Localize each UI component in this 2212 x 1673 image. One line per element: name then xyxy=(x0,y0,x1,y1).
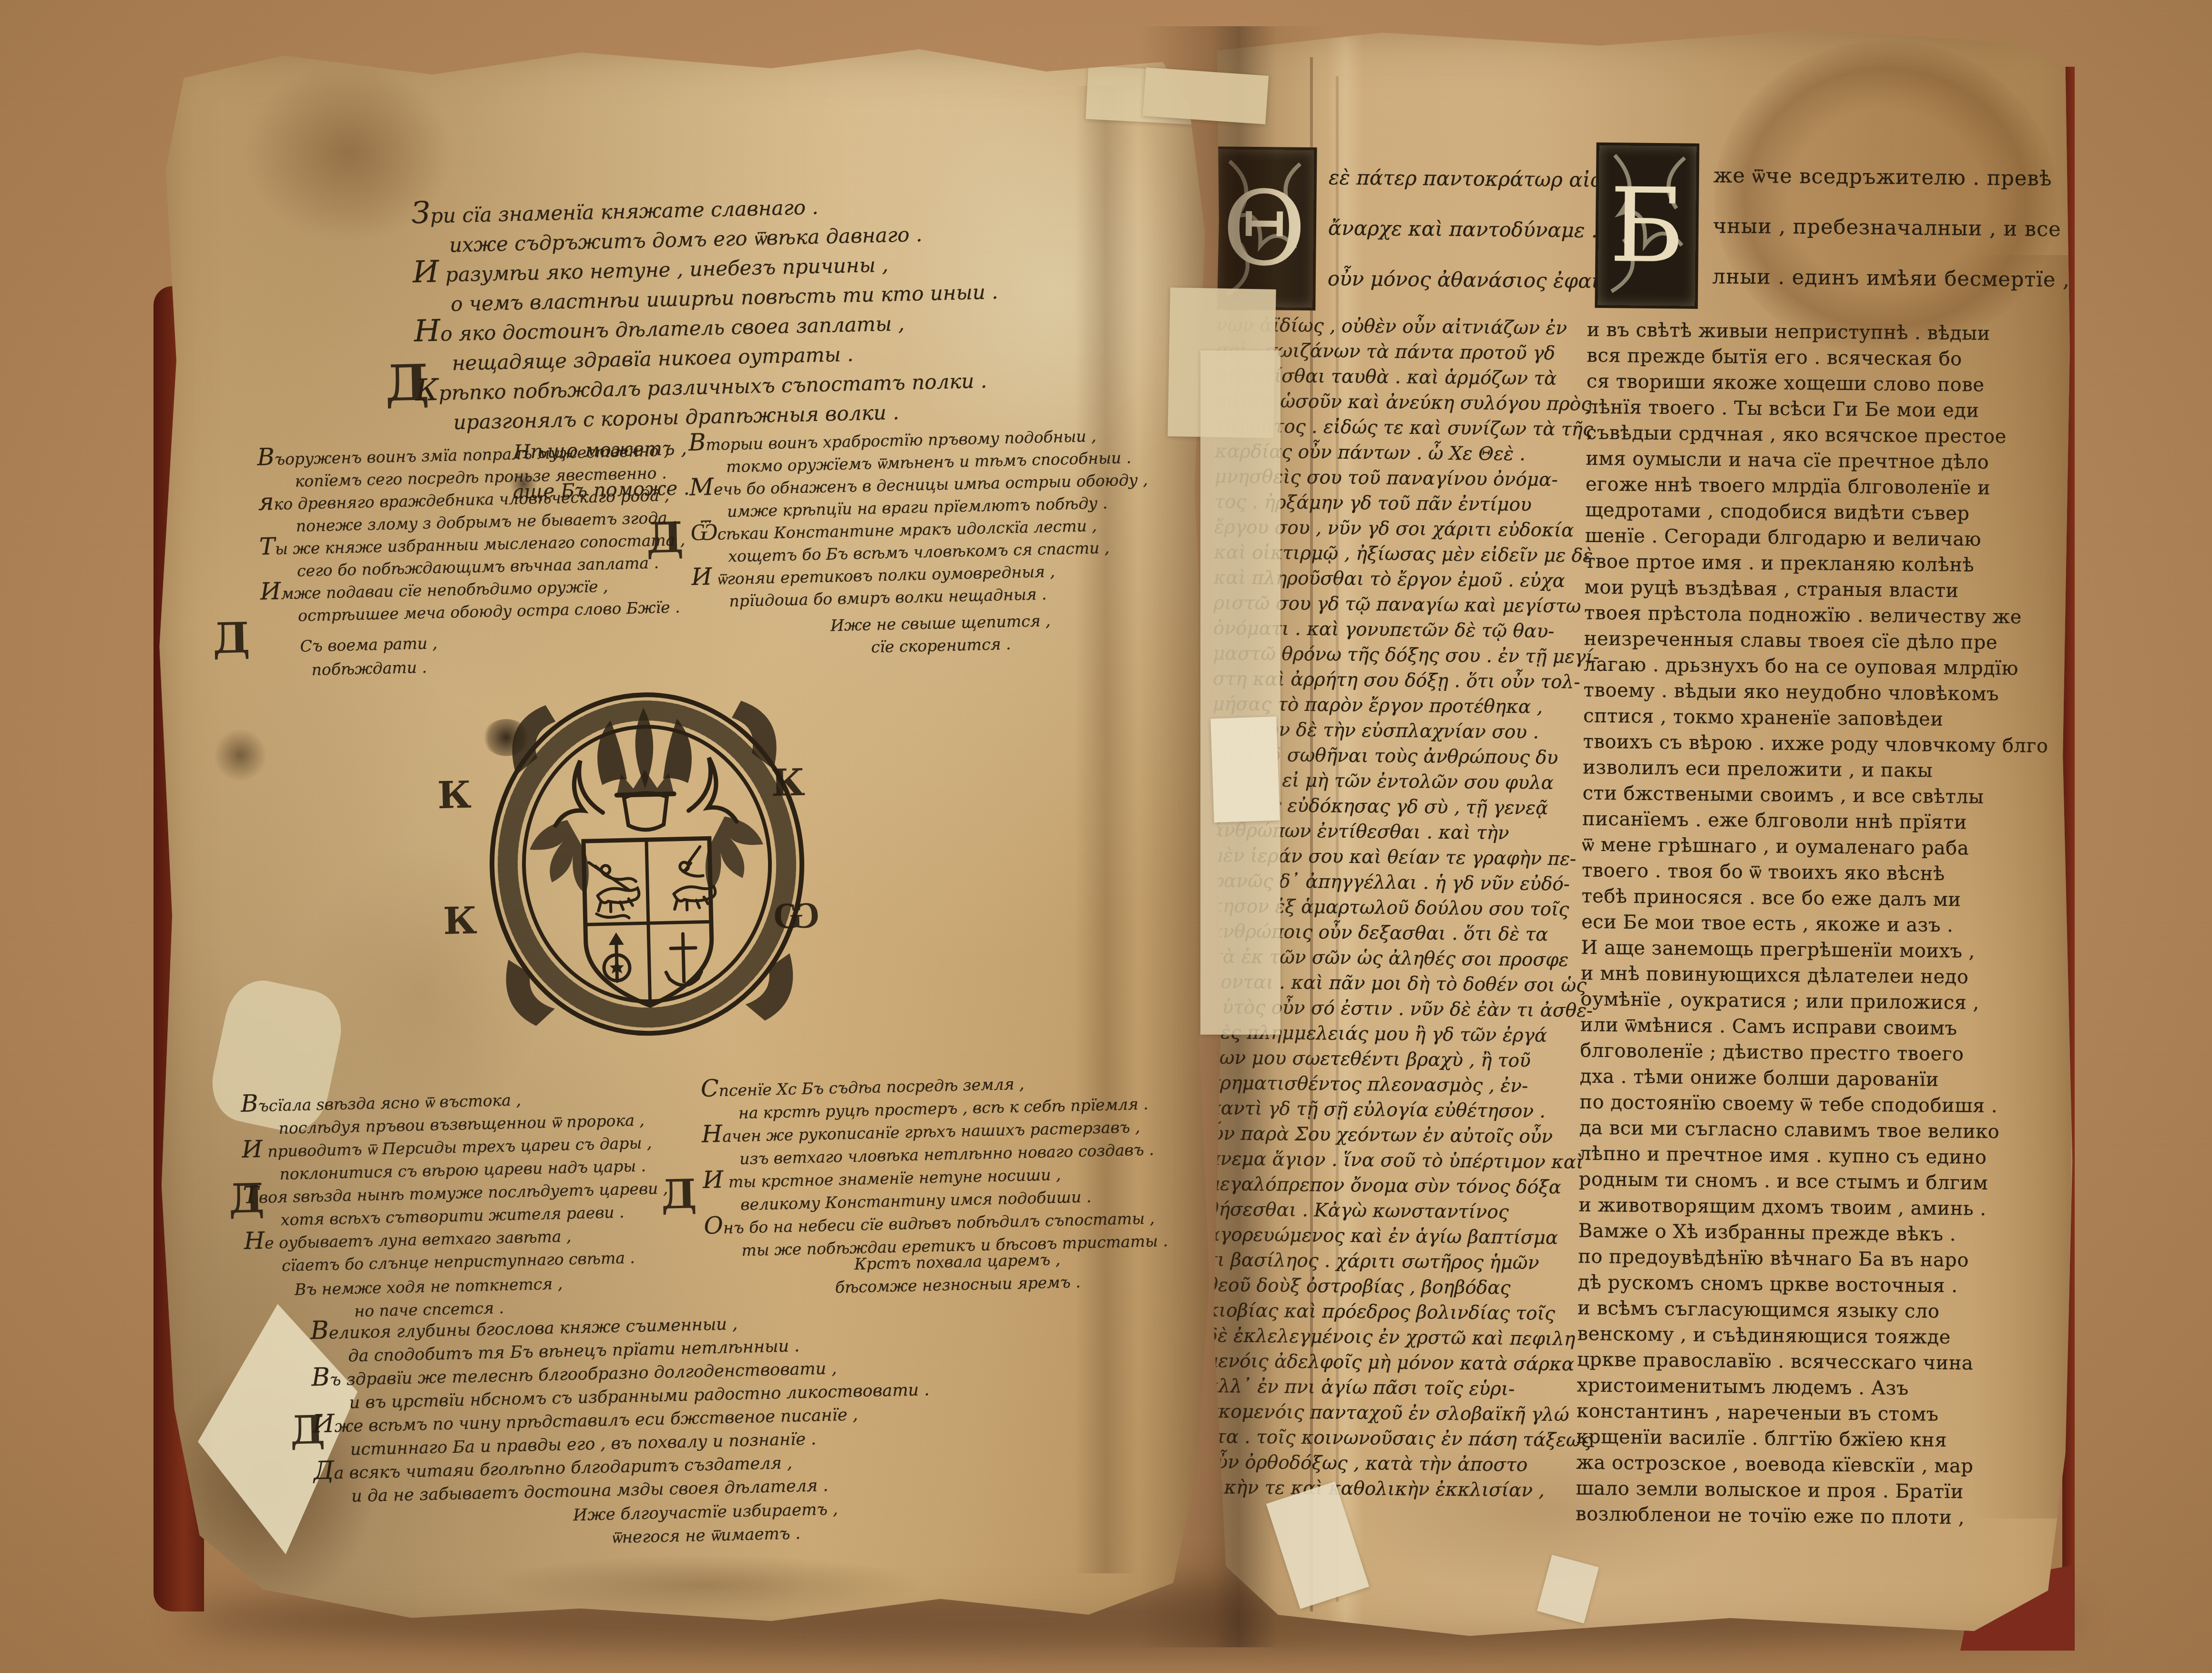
text-line: неизреченныя славы твоея сїе дѣло пре xyxy=(1584,626,2051,656)
text-line: πάντα ὡσοῦν καὶ ἀνεύκη συλόγου πρὸς xyxy=(1215,388,1606,417)
couplet-2-right: Иже не свыше щепится ,сїе скоренится . xyxy=(783,608,1098,660)
text-line: ся твориши якоже хощеши слово пове xyxy=(1587,369,2054,399)
text-line: τάγματος . εἰδώς τε καὶ συνίζων τὰ τῆς xyxy=(1215,413,1606,442)
text-line: сптися , токмо храненїе заповѣдеи xyxy=(1583,703,2050,733)
text-line: χρηματισθέντος πλεονασμὸς , ἐν- xyxy=(1208,1070,1599,1099)
text-line: ριστῶ σου γδ τῷ παναγίω καὶ μεγίστω xyxy=(1213,590,1604,619)
text-line: κιοβίας καὶ πρόεδρος βολινδίας τοῖς xyxy=(1207,1298,1598,1327)
text-line: щедротами , сподобися видѣти съвер xyxy=(1585,497,2052,527)
text-line: константинъ , нареченыи въ стомъ xyxy=(1577,1398,2044,1428)
text-line: лныи . единъ имѣяи бесмертїе , xyxy=(1712,251,2046,305)
text-line: мои руцѣ въздѣвая , страныя власти xyxy=(1584,575,2051,605)
scanned-book-spread: Зри сїа знаменїа княжате славнаго .ихже … xyxy=(0,0,2212,1673)
text-line: λικὴν τε καὶ καθολικὴν ἐκκλισίαν , xyxy=(1205,1475,1596,1504)
text-line: по достоянїю своему ѿ тебе сподобишя . xyxy=(1579,1089,2047,1119)
text-line: имя оумысли и нача сїе пречтное дѣло xyxy=(1586,446,2053,476)
text-line: νων ἀϊδίως , οὐθὲν οὖν αἰτνιάζων ἐν xyxy=(1216,312,1607,341)
text-line: и всѣмъ съгласующимся языку сло xyxy=(1577,1295,2045,1325)
text-line: И аще занемощь прегрѣшенїи моихъ , xyxy=(1581,935,2048,965)
text-line: лѣнїя твоего . Ты всѣси Ги Бе мои еди xyxy=(1586,394,2053,424)
text-line: твоего . твоя бо ѿ твоихъ яко вѣснѣ xyxy=(1582,858,2049,888)
text-line: шенїе . Сегоради блгодарю и величаю xyxy=(1585,523,2052,553)
text-line: оумѣнїе , оукратися ; или приложися , xyxy=(1580,986,2048,1016)
slavonic-column-intro: же ѿче вседръжителю . превѣчныи , пребез… xyxy=(1712,150,2047,305)
text-line: μεγαλόπρεπον ὄνομα σὺν τόνος δόξα xyxy=(1208,1171,1598,1201)
text-line: возлюбленои не точїю еже по плоти , xyxy=(1576,1501,2043,1531)
text-line: σὰ ἐκ τῶν σῶν ὡς ἀληθές σοι προσφε xyxy=(1210,944,1601,973)
text-line: ἐλπίζων δὲ τὴν εὐσπλαχνίαν σου . xyxy=(1212,717,1603,746)
paragraph-mark: Д xyxy=(646,516,684,559)
text-line: вся прежде бытїя его . всяческая бо xyxy=(1587,343,2054,373)
text-line: ἀνθρώποις οὖν δεξασθαι . ὅτι δὲ τα xyxy=(1210,919,1601,948)
text-line: εἶδα γδ σωθῆναι τοὺς ἀνθρώπους δυ xyxy=(1212,742,1603,771)
text-line: же ѿче вседръжителю . превѣ xyxy=(1713,150,2048,204)
emblem-letter: К xyxy=(437,777,472,815)
text-line: καρδίας οὖν πάντων . ὦ Χε Θεὲ . xyxy=(1215,439,1606,468)
text-line: κησον ἐξ ἁμαρτωλοῦ δούλου σου τοῖς xyxy=(1210,893,1601,923)
text-line: и въ свѣтѣ живыи неприступнѣ . вѣдыи xyxy=(1587,317,2054,347)
verse-stanza-3-left: Въсїала ѕвѣзда ясно ѿ въстока ,послѣдуя … xyxy=(241,1085,693,1278)
text-line: шало земли волыское и проя . Братїи xyxy=(1576,1476,2043,1506)
couplet-4: Иже блгоучастїе избираетъ ,ѿнегося не ѿи… xyxy=(524,1497,887,1551)
text-line: τι βασίληος . χάριτι σωτῆρος ἡμῶν xyxy=(1207,1247,1598,1276)
text-line: родным ти сномъ . и все стымъ и блгим xyxy=(1579,1167,2046,1197)
text-line: чныи , пребезначалныи , и все си xyxy=(1713,201,2047,255)
couplet-2-left: Съ воема рати ,побѣждати . xyxy=(235,630,503,684)
text-line: νὲς πλημμελειάς μου ἢ γδ τῶν ἐργά xyxy=(1209,1020,1600,1049)
text-line: по предоувѣдѣнїю вѣчнаго Ба въ наро xyxy=(1578,1244,2045,1274)
text-line: θεοῦ δοὺξ ὀστροβίας , βοηβόδας xyxy=(1207,1273,1598,1302)
text-line: παντὶ γδ τῇ σῇ εὐλογία εὐθέτησον . xyxy=(1208,1096,1599,1125)
text-line: или ѿмѣнися . Самъ исправи своимъ xyxy=(1580,1012,2048,1042)
text-line: писанїемъ . еже блговоли ннѣ прїяти xyxy=(1582,806,2049,836)
text-line: тебѣ приносяся . все бо еже далъ ми xyxy=(1581,883,2048,913)
right-page: Θ εὲ πάτερ παντοκράτωρ αἰώνιεἄναρχε καὶ … xyxy=(1208,26,2079,1647)
verse-stanza-2-right: Вторыи воинъ храбростїю пръвому подобныи… xyxy=(688,423,1159,613)
left-page-content: Зри сїа знаменїа княжате славнаго .ихже … xyxy=(157,31,1251,1642)
text-line: ττα . τοῖς κοινωνοῦσαις ἐν πάση τάξεως xyxy=(1205,1424,1596,1453)
text-line: καὶ πληροῦσθαι τὸ ἔργον ἐμοῦ . εὐχα xyxy=(1214,565,1605,594)
helmet-icon xyxy=(624,792,668,830)
emblem-letter: К xyxy=(770,764,805,802)
emblem-letter: К xyxy=(443,902,478,940)
couplet-3-right: Крстъ похвала царемъ ,бѣсомже незносныи … xyxy=(790,1247,1125,1300)
text-line: σοὶ . σωιζάνων τὰ πάντα προτοῦ γδ xyxy=(1216,338,1607,367)
text-line: еси Бе мои твое есть , якоже и азъ . xyxy=(1581,909,2048,939)
text-line: ρονται . καὶ πᾶν μοι δὴ τὸ δοθέν σοι ὡς xyxy=(1210,969,1601,998)
text-line: твоему . вѣдыи яко неудобно чловѣкомъ xyxy=(1583,677,2050,708)
text-line: μὲν ἱεράν σου καὶ θείαν τε γραφὴν πε- xyxy=(1211,843,1602,872)
woodcut-initial-buki: Б xyxy=(1598,145,1696,306)
text-line: μνησθεὶς σου τοῦ παναγίνου ὀνόμα- xyxy=(1215,464,1606,493)
woodcut-initial-theta: Θ xyxy=(1214,149,1314,308)
text-line: дѣ рускомъ сномъ цркве восточныя . xyxy=(1577,1270,2045,1300)
text-line: блговоленїе ; дѣиство престго твоего xyxy=(1580,1038,2047,1068)
text-line: Вамже о Хѣ избранны прежде вѣкъ . xyxy=(1578,1218,2046,1248)
text-line: καὶ οἰκτιρμῷ , ἠξίωσας μὲν εἰδεῖν με δὲ xyxy=(1214,540,1605,569)
right-page-content: Θ εὲ πάτερ παντοκράτωρ αἰώνιεἄναρχε καὶ … xyxy=(1193,26,2079,1655)
text-line: πνεμα ἅγιον . ἵνα σοῦ τὸ ὑπέρτιμον καὶ xyxy=(1208,1146,1599,1175)
arrow-star-quarter xyxy=(603,932,630,981)
text-line: ἀνθρώπων ἐντίθεσθαι . καὶ τὴν xyxy=(1211,818,1602,847)
text-line: ἀπαρτίσθαι ταυθὰ . καὶ ἁρμόζων τὰ xyxy=(1216,363,1607,392)
text-line: οὖν ὀρθοδόξως , κατὰ τὴν ἀποστο xyxy=(1205,1449,1596,1478)
text-line: христоименитымъ людемъ . Азъ xyxy=(1577,1373,2044,1403)
text-line: ἔργου σου , νῦν γδ σοι χάριτι εὐδοκία xyxy=(1214,514,1605,544)
text-line: ὀνόματι . καὶ γονυπετῶν δὲ τῷ θαυ- xyxy=(1213,616,1604,645)
verse-stanza-4: Великоя глубины бгослова княже съименныи… xyxy=(310,1304,1115,1509)
text-line: цркве православїю . всячесскаго чина xyxy=(1577,1347,2044,1377)
slavonic-column: и въ свѣтѣ живыи неприступнѣ . вѣдыився … xyxy=(1576,317,2054,1531)
text-line: дха . тѣми ониже болши дарованїи xyxy=(1580,1064,2047,1094)
text-line: στη καὶ ἀρρήτη σου δόξῃ . ὅτι οὖν τολ- xyxy=(1213,666,1604,695)
text-line: лѣпно и пречтное имя . купно съ едино xyxy=(1579,1141,2046,1171)
text-line: жа острозское , воевода кїевскїи , мар xyxy=(1576,1450,2043,1480)
text-line: θήσεσθαι . Κἀγὼ κωνσταντίνος xyxy=(1208,1197,1598,1226)
text-line: ѿ мене грѣшнаго , и оумаленаго раба xyxy=(1582,832,2049,862)
text-line: αὐτὸς οὖν σό ἐστιν . νῦν δὲ ἐὰν τι ἀσθε- xyxy=(1209,995,1600,1024)
text-line: венскому , и съѣдиняющися тояжде xyxy=(1577,1321,2044,1351)
text-line: егоже ннѣ твоего млрдїа блговоленїе и xyxy=(1586,472,2053,502)
text-line: твоея прѣстола подножїю . величеству же xyxy=(1584,600,2051,630)
st-george-quarter xyxy=(589,862,640,919)
paragraph-mark: Д xyxy=(212,616,250,659)
verse-stanza-1: Зри сїа знаменїа княжате славнаго .ихже … xyxy=(411,189,998,439)
text-line: φανῶς δ᾽ ἀπηγγέλλαι . ἡ γδ νῦν εὐδό- xyxy=(1211,868,1602,897)
text-line: δὲ ἐκλελεγμένοις ἐν χρστῶ καὶ πεφιλη xyxy=(1206,1323,1597,1352)
text-line: ὧν παρὰ Σου χεόντων ἐν αὐτοῖς οὖν xyxy=(1208,1121,1599,1150)
left-page: Зри сїа знаменїа княжате славнаго .ихже … xyxy=(157,43,1216,1631)
text-line: и мнѣ повинующихся дѣлателеи недо xyxy=(1581,961,2048,991)
ostrozhsky-coat-of-arms-woodcut xyxy=(457,670,837,1055)
verse-stanza-2-left: Въоруженъ воинъ змїа попралъ мужественно… xyxy=(257,439,699,628)
text-line: твое пртое имя . и прекланяю колѣнѣ xyxy=(1585,549,2052,579)
paragraph-mark: Д xyxy=(385,358,430,408)
text-line: μαστῶ θρόνω τῆς δόξης σου . ἐν τῇ μεγί- xyxy=(1213,641,1604,670)
text-line: крщенїи василїе . блгтїю бжїею кня xyxy=(1576,1424,2043,1454)
text-line: лагаю . дрьзнухъ бо на се оуповая млрдїю xyxy=(1584,652,2051,682)
text-line: сти бжствеными своимъ , и все свѣтлы xyxy=(1582,780,2049,811)
greek-column-intro: εὲ πάτερ παντοκράτωρ αἰώνιεἄναρχε καὶ πα… xyxy=(1327,152,1615,307)
greek-column: νων ἀϊδίως , οὐθὲν οὖν αἰτνιάζων ἐνσοὶ .… xyxy=(1205,312,1607,1504)
text-line: χερὲς . εἰ μὴ τῶν ἐντολῶν σου φυλα xyxy=(1212,767,1603,796)
text-line: μενόις ἀδελφοῖς μὴ μόνον κατὰ σάρκα xyxy=(1206,1348,1597,1377)
text-line: твоихъ съ вѣрою . ихже роду чловчкому бл… xyxy=(1583,729,2050,759)
text-line: да вси ми съгласно славимъ твое велико xyxy=(1579,1115,2047,1145)
text-line: οὖν μόνος ἀθανάσιος ἐφαιδρύ- xyxy=(1327,253,1614,307)
text-line: κῆ , οἷς εὐδόκησας γδ σὺ , τῇ γενεᾷ xyxy=(1211,792,1602,821)
text-line: изволилъ еси преложити , и пакы xyxy=(1583,755,2050,785)
text-line: ἄναρχε καὶ παντοδύναμε . σὺ xyxy=(1328,203,1614,256)
text-line: τος . ἠρξάμην γδ τοῦ πᾶν ἐντίμου xyxy=(1214,489,1605,518)
text-line: ἀλλ᾽ ἐν πνι ἁγίω πᾶσι τοῖς εὑρι- xyxy=(1206,1374,1597,1403)
text-line: съвѣдыи срдчная , яко всячское престое xyxy=(1586,420,2053,450)
text-line: σκομενόις πανταχοῦ ἐν σλοβαϊκῆ γλώ xyxy=(1206,1399,1597,1428)
text-line: των μου σωετεθέντι βραχὺ , ἢ τοῦ xyxy=(1209,1045,1600,1074)
text-line: и животворящим дхомъ твоим , аминь . xyxy=(1578,1192,2046,1222)
text-line: εὲ πάτερ παντοκράτωρ αἰώνιε xyxy=(1328,152,1615,205)
text-line: μήσας τὸ παρὸν ἔργον προτέθηκα , xyxy=(1212,691,1603,720)
verse-stanza-3-right: Спсенїе Хс Бъ съдѣа посредѣ земля ,на кр… xyxy=(700,1069,1190,1263)
emblem-letter: Ѡ xyxy=(773,896,820,934)
text-line: ἀγορευώμενος καὶ ἐν ἁγίω βαπτίσμα xyxy=(1207,1222,1598,1251)
